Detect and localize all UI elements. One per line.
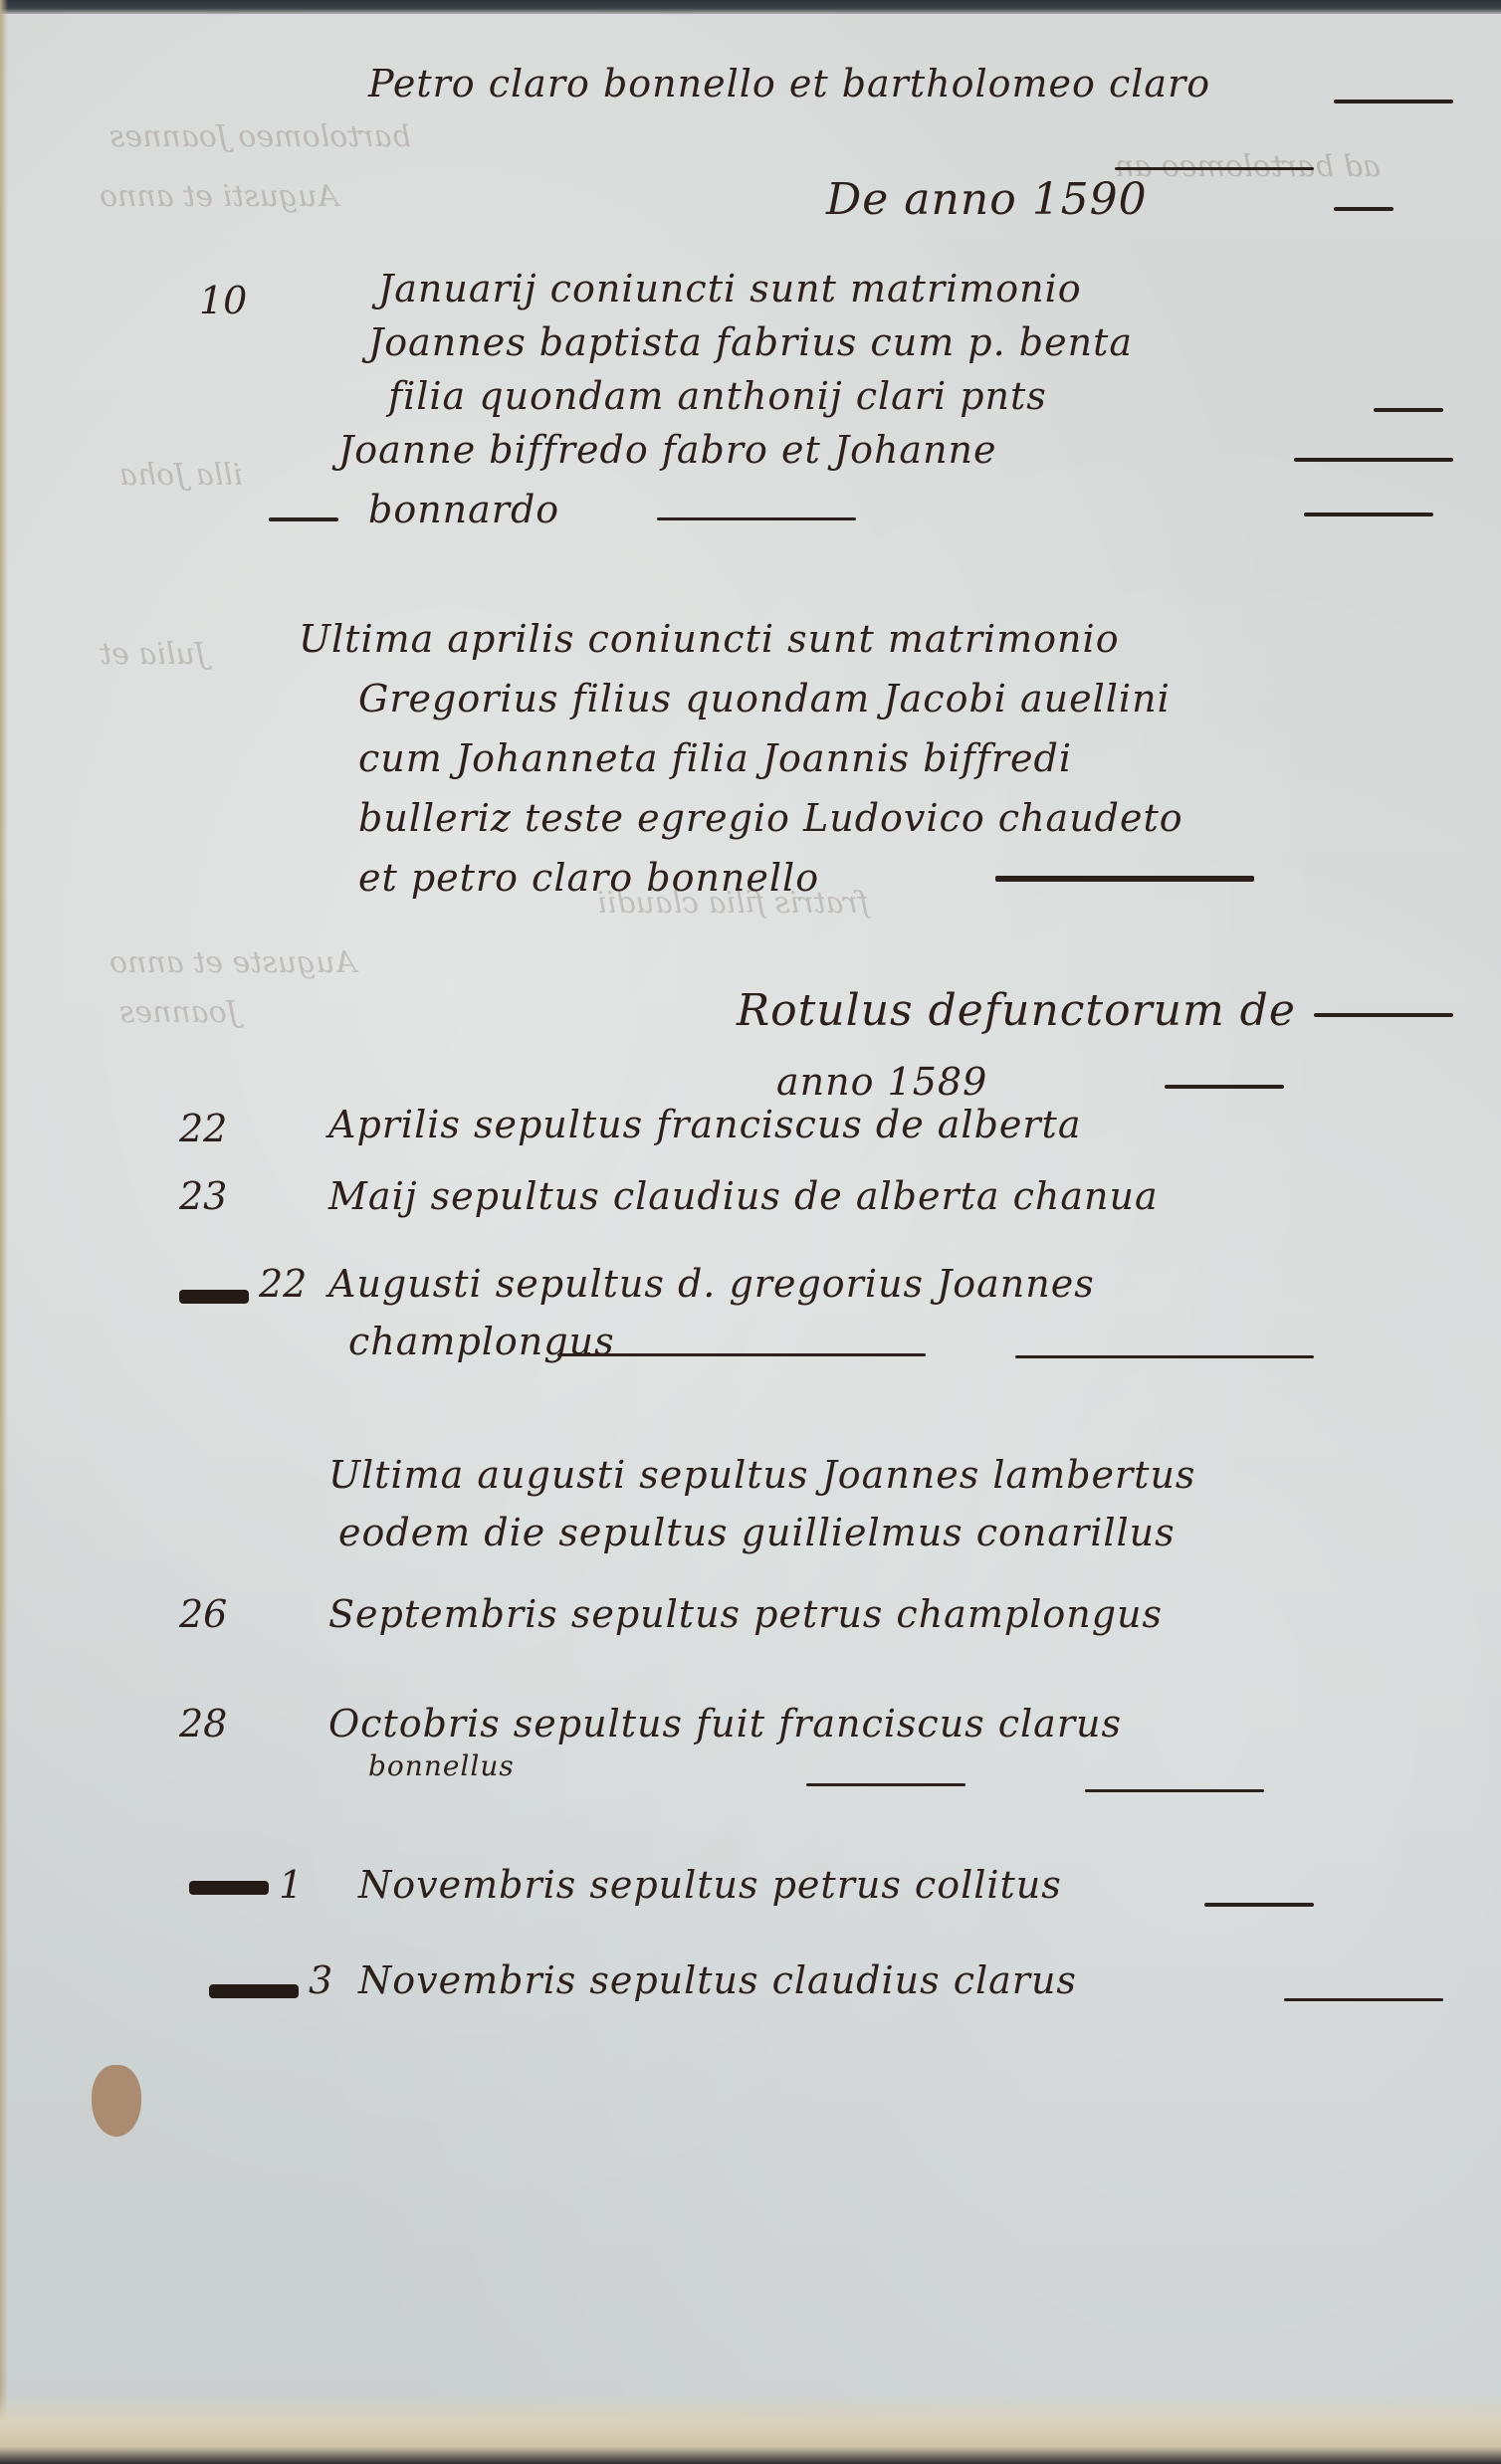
marriage-entry-line: filia quondam anthonij clari pnts bbox=[388, 374, 1047, 418]
burials-year-line: anno 1589 bbox=[776, 1060, 987, 1104]
burial-entry-line: eodem die sepultus guillielmus conarillu… bbox=[338, 1511, 1176, 1554]
burial-entry-line: Maij sepultus claudius de alberta chanua bbox=[328, 1174, 1159, 1218]
burial-entry-line: Augusti sepultus d. gregorius Joannes bbox=[328, 1262, 1095, 1306]
marriage-entry-line: cum Johanneta filia Joannis biffredi bbox=[358, 736, 1072, 780]
heading-overline bbox=[1115, 167, 1314, 170]
bleed-through-text: Joannes bbox=[119, 995, 239, 1030]
line-filler-dash bbox=[1085, 1789, 1264, 1792]
line-filler-dash bbox=[1204, 1903, 1314, 1907]
entry-day: 3 bbox=[309, 1958, 332, 2002]
manuscript-page: bartolomeo Joannes Augusti et anno ad ba… bbox=[0, 0, 1501, 2464]
page-top-edge bbox=[0, 0, 1501, 14]
marriage-entry-line: Januarij coniuncti sunt matrimonio bbox=[378, 267, 1082, 310]
wax-stain bbox=[92, 2065, 141, 2137]
marriages-year-heading: De anno 1590 bbox=[826, 174, 1148, 225]
bleed-through-text: Julia et bbox=[100, 637, 207, 672]
bleed-through-text: illa Joha bbox=[119, 458, 243, 493]
burial-entry-continuation: bonnellus bbox=[368, 1749, 515, 1782]
line-filler-dash bbox=[1334, 100, 1453, 103]
entry-day: 23 bbox=[179, 1174, 227, 1218]
marriage-entry-line: bulleriz teste egregio Ludovico chaudeto bbox=[358, 796, 1183, 840]
marriage-entry-line: Ultima aprilis coniuncti sunt matrimonio bbox=[299, 617, 1120, 661]
marriage-entry-line: bonnardo bbox=[368, 488, 559, 531]
line-filler-dash bbox=[1165, 1085, 1284, 1089]
entry-day: 10 bbox=[199, 279, 247, 322]
line-filler-dash bbox=[269, 517, 338, 521]
page-left-edge bbox=[0, 0, 8, 2464]
burial-entry-line: Novembris sepultus claudius clarus bbox=[358, 1958, 1077, 2002]
line-filler-dash bbox=[1314, 1013, 1453, 1017]
burial-entry-continuation: champlongus bbox=[348, 1320, 615, 1363]
burial-entry-line: Ultima augusti sepultus Joannes lambertu… bbox=[328, 1453, 1195, 1497]
line-filler-dash bbox=[1284, 1998, 1443, 2001]
bleed-through-text: Auguste et anno bbox=[109, 945, 356, 980]
continuation-line: Petro claro bonnello et bartholomeo clar… bbox=[368, 62, 1210, 105]
line-filler-dash bbox=[1015, 1355, 1314, 1358]
line-filler-dash bbox=[995, 876, 1254, 882]
burial-entry-line: Octobris sepultus fuit franciscus clarus bbox=[328, 1702, 1122, 1745]
line-filler-dash bbox=[557, 1353, 926, 1356]
marriage-entry-line: et petro claro bonnello bbox=[358, 856, 819, 900]
line-filler-dash bbox=[1304, 513, 1433, 516]
burial-entry-line: Novembris sepultus petrus collitus bbox=[358, 1863, 1062, 1907]
entry-day: 26 bbox=[179, 1592, 227, 1636]
struck-out-number bbox=[189, 1881, 269, 1895]
marriage-entry-line: Joannes baptista fabrius cum p. benta bbox=[368, 320, 1133, 364]
marriage-entry-line: Gregorius filius quondam Jacobi auellini bbox=[358, 677, 1171, 720]
page-bottom-edge bbox=[0, 2394, 1501, 2464]
entry-day: 22 bbox=[259, 1262, 307, 1306]
burial-entry-line: Septembris sepultus petrus champlongus bbox=[328, 1592, 1163, 1636]
line-filler-dash bbox=[1294, 458, 1453, 462]
bleed-through-text: Augusti et anno bbox=[100, 179, 338, 214]
entry-day: 1 bbox=[279, 1863, 303, 1907]
entry-day: 22 bbox=[179, 1107, 227, 1150]
line-filler-dash bbox=[1374, 408, 1443, 412]
line-filler-dash bbox=[806, 1783, 965, 1786]
burial-entry-line: Aprilis sepultus franciscus de alberta bbox=[328, 1103, 1081, 1146]
line-filler-dash bbox=[657, 517, 856, 520]
bleed-through-text: bartolomeo Joannes bbox=[109, 119, 411, 154]
marriage-entry-line: Joanne biffredo fabro et Johanne bbox=[338, 428, 997, 472]
burials-heading: Rotulus defunctorum de bbox=[737, 985, 1296, 1036]
struck-out-number bbox=[179, 1290, 249, 1304]
line-filler-dash bbox=[1334, 207, 1394, 211]
struck-out-number bbox=[209, 1984, 299, 1998]
entry-day: 28 bbox=[179, 1702, 227, 1745]
